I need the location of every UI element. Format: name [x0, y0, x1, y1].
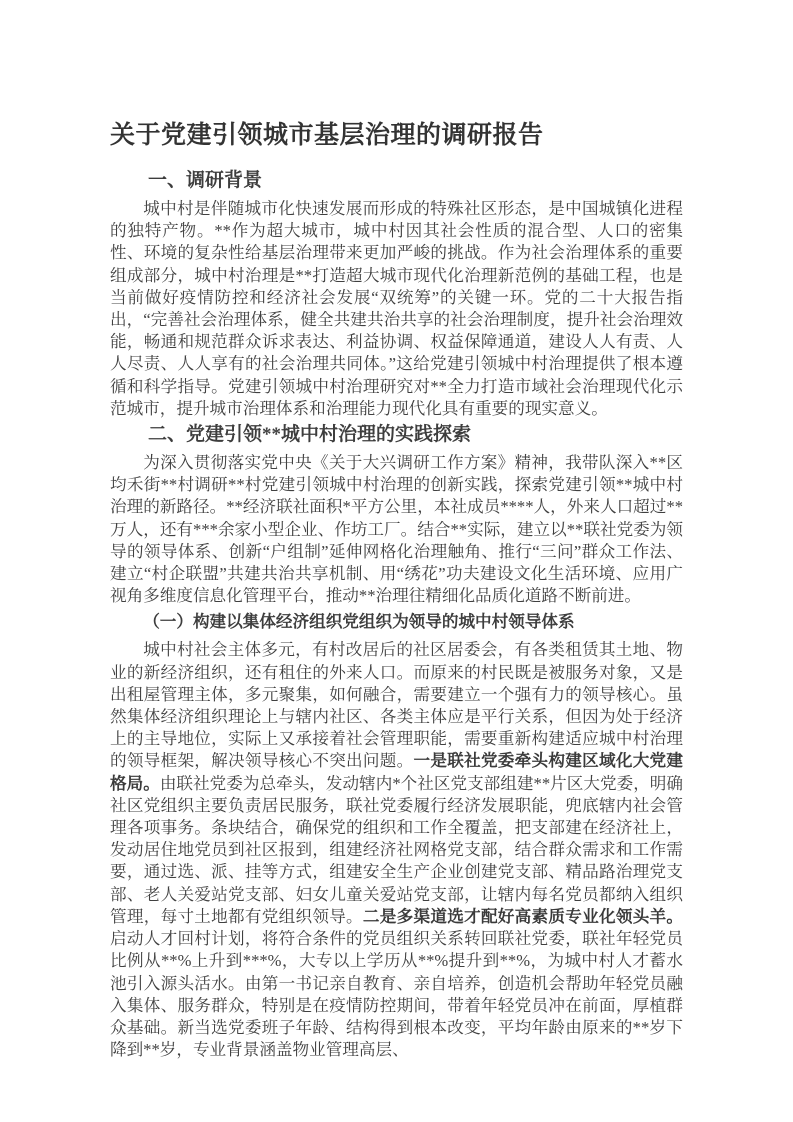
- bold-text-run: 二是多渠道选才配好高素质专业化领头羊。: [363, 907, 683, 926]
- section-2-sub-1-heading: （一）构建以集体经济组织党组织为领导的城中村领导体系: [110, 609, 683, 635]
- text-run: 由联社党委为总牵头，发动辖内*个社区党支部组建**片区大党委，明确社区党组织主要…: [110, 774, 683, 926]
- section-1-heading: 一、调研背景: [110, 168, 683, 194]
- section-2-paragraph: 为深入贯彻落实党中央《关于大兴调研工作方案》精神，我带队深入**区均禾街**村调…: [110, 452, 683, 607]
- text-run: 城中村是伴随城市化快速发展而形成的特殊社区形态，是中国城镇化进程的独特产物。**…: [110, 199, 683, 418]
- text-run: 启动人才回村计划，将符合条件的党员组织关系转回联社党委，联社年轻党员比例从**%…: [110, 929, 683, 1059]
- section-2-sub-1-paragraph: 城中村社会主体多元，有村改居后的社区居委会，有各类租赁其土地、物业的新经济组织，…: [110, 639, 683, 1061]
- text-run: 为深入贯彻落实党中央《关于大兴调研工作方案》精神，我带队深入**区均禾街**村调…: [110, 453, 683, 605]
- document-page: 关于党建引领城市基层治理的调研报告 一、调研背景 城中村是伴随城市化快速发展而形…: [0, 0, 793, 1122]
- section-2-heading: 二、党建引领**城中村治理的实践探索: [110, 422, 683, 448]
- document-title: 关于党建引领城市基层治理的调研报告: [110, 118, 683, 152]
- section-1-paragraph: 城中村是伴随城市化快速发展而形成的特殊社区形态，是中国城镇化进程的独特产物。**…: [110, 198, 683, 420]
